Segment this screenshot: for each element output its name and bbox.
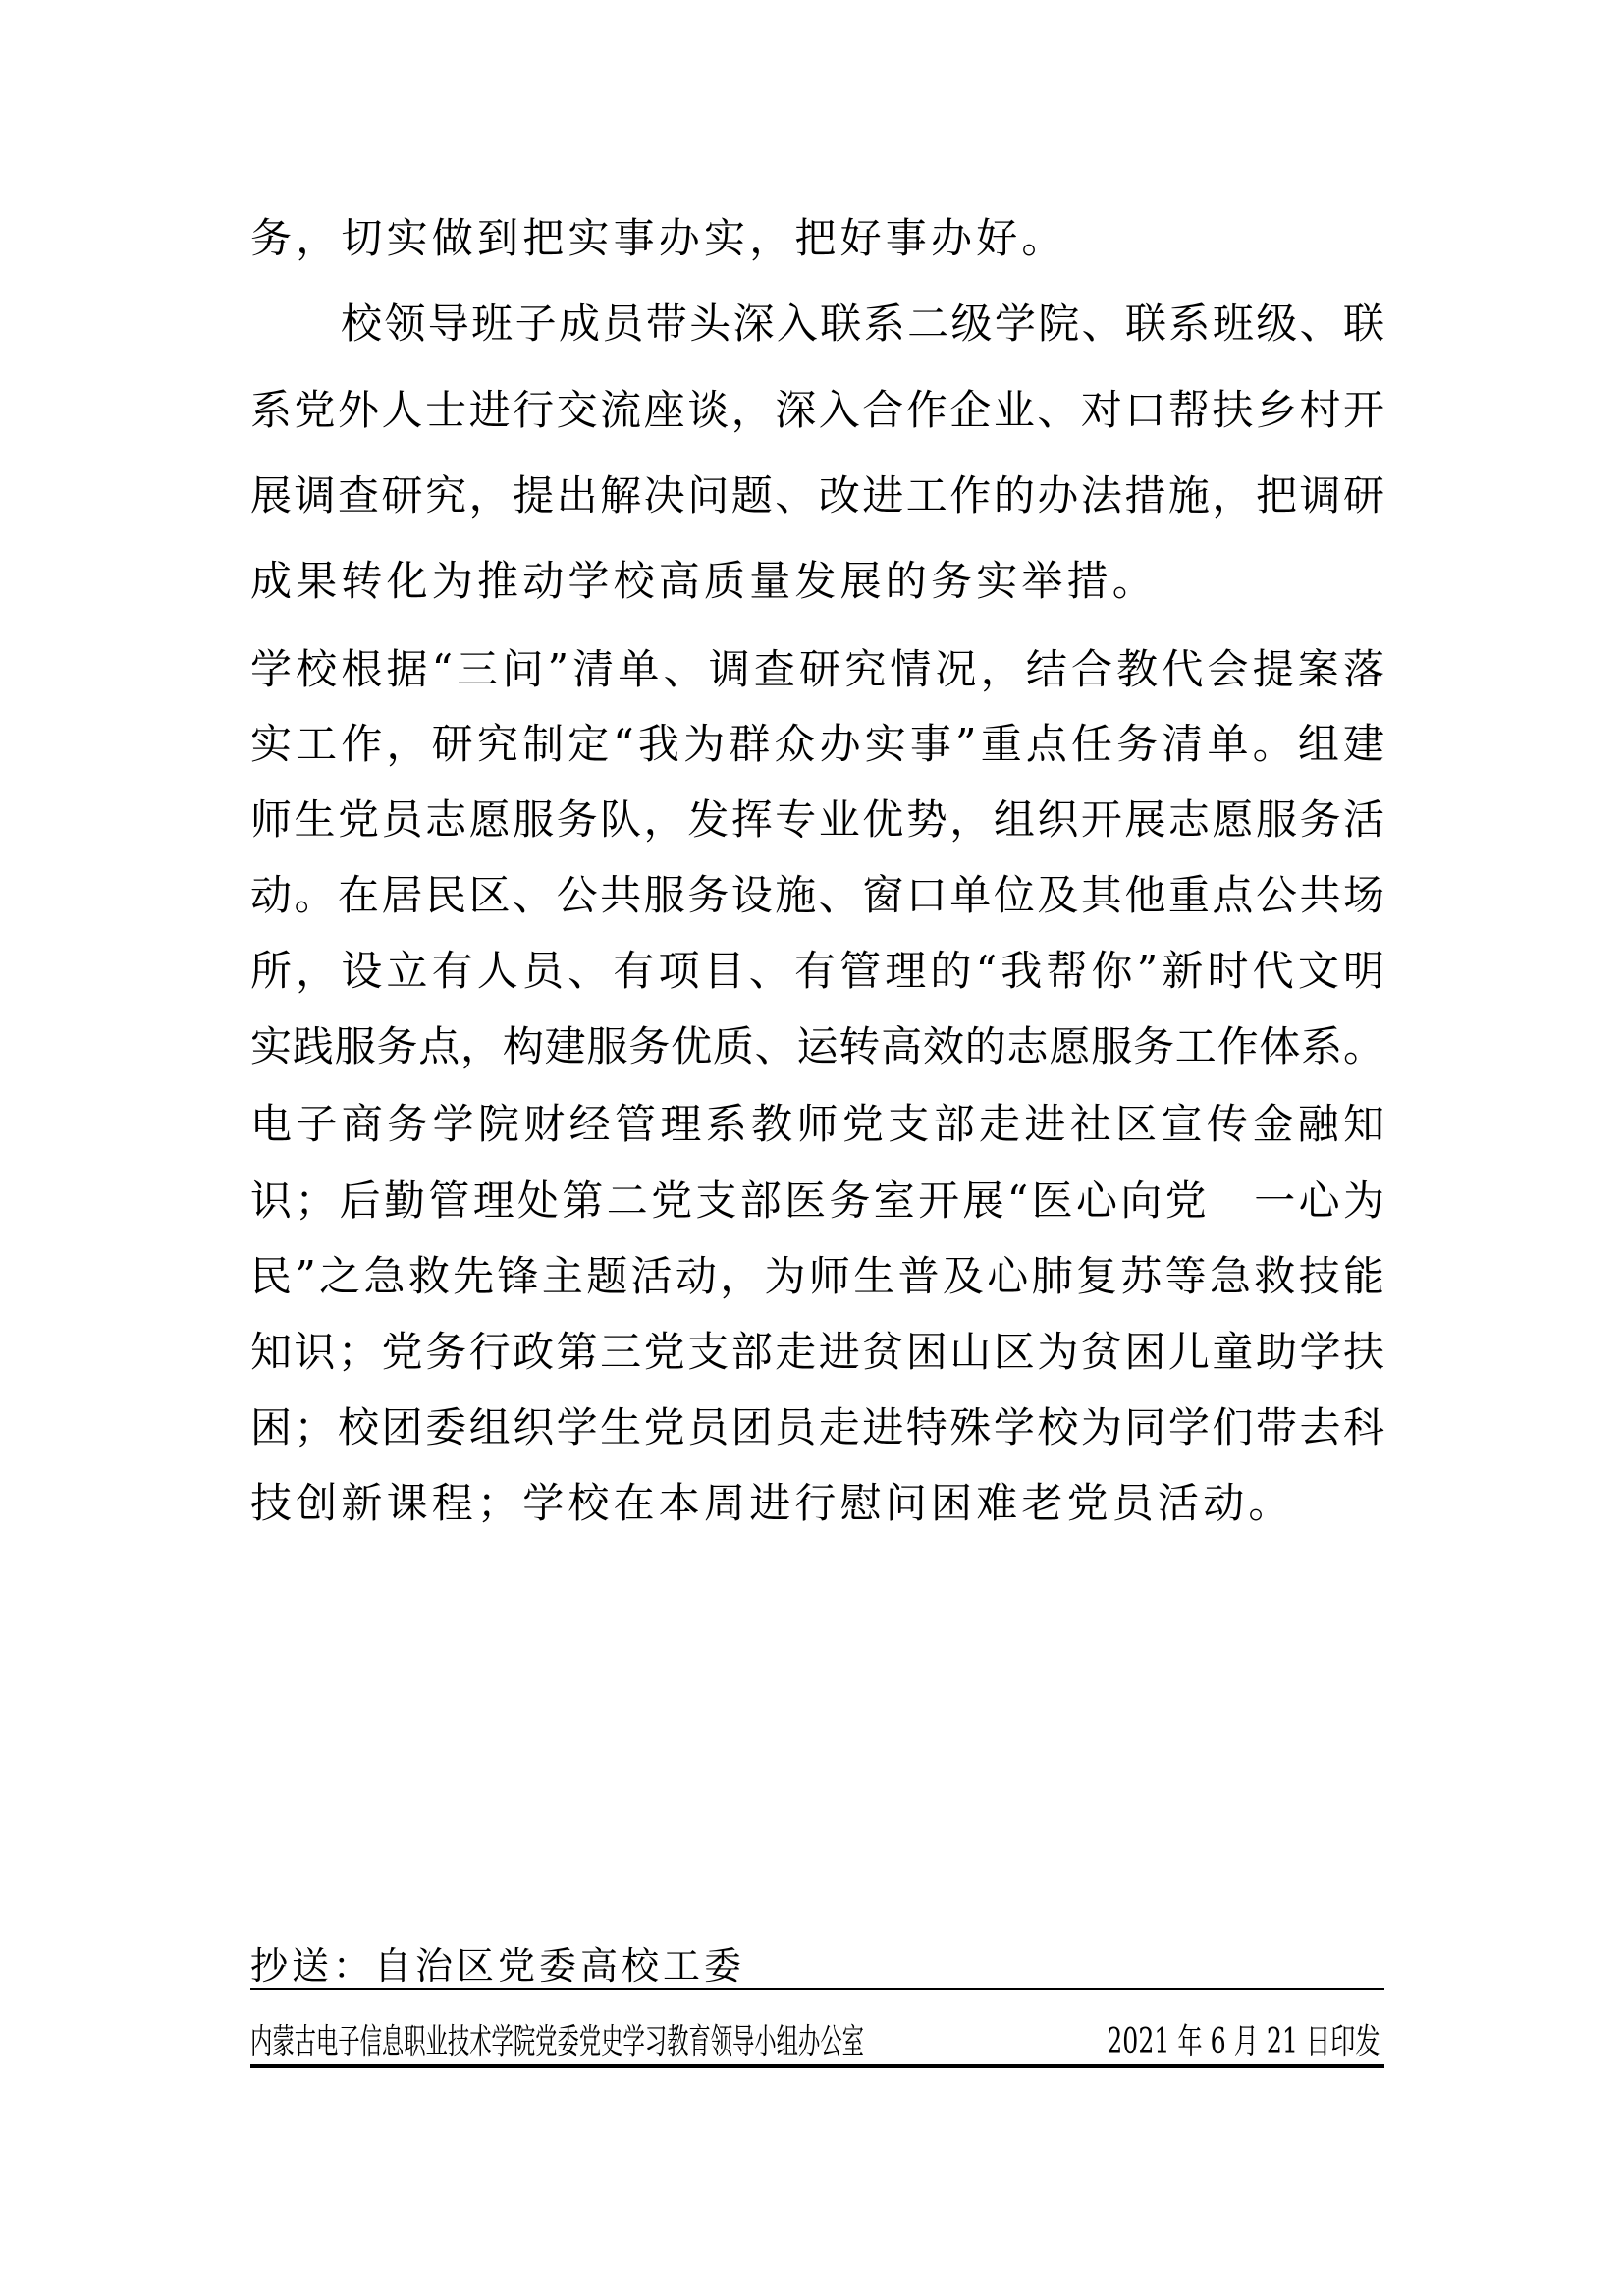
paragraph-3-line: 所，设立有人员、有项目、有管理的“我帮你”新时代文明 (250, 947, 1384, 996)
paragraph-3-line: 实践服务点，构建服务优质、运转高效的志愿服务工作体系。 (250, 1022, 1384, 1071)
paragraph-3-line: 学校根据“三问”清单、调查研究情况，结合教代会提案落 (250, 645, 1384, 694)
cc-row: 抄送：自治区党委高校工委 (250, 1946, 1384, 1990)
paragraph-2-line: 成果转化为推动学校高质量发展的务实举措。 (250, 557, 1384, 606)
paragraph-3-line: 民”之急救先锋主题活动，为师生普及心肺复苏等急救技能 (250, 1252, 1384, 1301)
paragraph-2-line: 展调查研究，提出解决问题、改进工作的办法措施，把调研 (250, 471, 1384, 520)
issuing-office: 内蒙古电子信息职业技术学院党委党史学习教育领导小组办公室 (250, 2023, 864, 2062)
issuer-row: 内蒙古电子信息职业技术学院党委党史学习教育领导小组办公室 2021 年 6 月 … (250, 2019, 1384, 2068)
paragraph-3-line: 识；后勤管理处第二党支部医务室开展“医心向党 一心为 (250, 1176, 1384, 1226)
paragraph-3-line: 动。在居民区、公共服务设施、窗口单位及其他重点公共场 (250, 871, 1384, 920)
paragraph-3-line: 困；校团委组织学生党员团员走进特殊学校为同学们带去科 (250, 1403, 1384, 1452)
cc-recipient: 抄送：自治区党委高校工委 (250, 1946, 745, 1986)
paragraph-2-line: 系党外人士进行交流座谈，深入合作企业、对口帮扶乡村开 (250, 386, 1384, 435)
paragraph-2-line: 校领导班子成员带头深入联系二级学院、联系班级、联 (341, 300, 1384, 349)
paragraph-3-line: 师生党员志愿服务队，发挥专业优势，组织开展志愿服务活 (250, 795, 1384, 845)
paragraph-3-line: 知识；党务行政第三党支部走进贫困山区为贫困儿童助学扶 (250, 1328, 1384, 1377)
paragraph-1-line: 务，切实做到把实事办实，把好事办好。 (250, 214, 1384, 263)
issue-date: 2021 年 6 月 21 日印发 (1108, 2023, 1380, 2062)
paragraph-3-line: 实工作，研究制定“我为群众办实事”重点任务清单。组建 (250, 720, 1384, 769)
paragraph-3-line: 技创新课程；学校在本周进行慰问困难老党员活动。 (250, 1479, 1384, 1528)
paragraph-3-line: 电子商务学院财经管理系教师党支部走进社区宣传金融知 (250, 1100, 1384, 1149)
document-page: 务，切实做到把实事办实，把好事办好。校领导班子成员带头深入联系二级学院、联系班级… (0, 0, 1623, 2296)
